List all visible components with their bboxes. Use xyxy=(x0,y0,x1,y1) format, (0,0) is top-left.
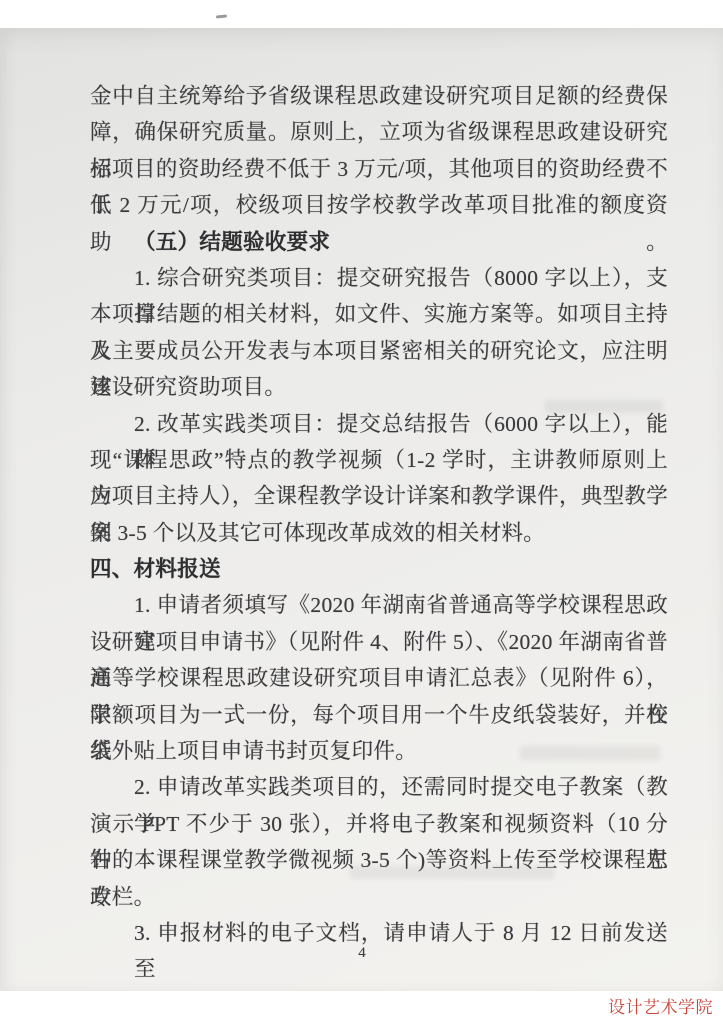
text-line: 2. 申请改革实践类项目的，还需同时提交电子教案（教学 xyxy=(90,769,668,805)
document-photo: 金中自主统筹给予省级课程思政建设研究项目足额的经费保障，确保研究质量。原则上，立… xyxy=(0,28,723,991)
bleed-through-smudge xyxy=(350,866,555,879)
text-line: 障，确保研究质量。原则上，立项为省级课程思政建设研究招 xyxy=(90,114,668,150)
text-line: 3. 申报材料的电子文档，请申请人于 8 月 12 日前发送至 xyxy=(90,915,668,951)
text-line: 标项目的资助经费不低于 3 万元/项，其他项目的资助经费不低 xyxy=(90,151,668,187)
stray-pen-mark xyxy=(216,14,227,18)
text-line: 金中自主统筹给予省级课程思政建设研究项目足额的经费保 xyxy=(90,78,668,114)
text-line: 1. 综合研究类项目：提交研究报告（8000 字以上），支撑 xyxy=(90,260,668,296)
text-line: 1. 申请者须填写《2020 年湖南省普通高等学校课程思政建 xyxy=(90,587,668,623)
scanned-page: 金中自主统筹给予省级课程思政建设研究项目足额的经费保障，确保研究质量。原则上，立… xyxy=(0,0,723,1024)
text-line: 本项目结题的相关材料，如文件、实施方案等。如项目主持人 xyxy=(90,296,668,332)
text-line: 为项目主持人），全课程教学设计详案和教学课件，典型教学案 xyxy=(90,478,668,514)
text-line: 于 2 万元/项，校级项目按学校教学改革项目批准的额度资助。 xyxy=(90,187,668,223)
heading-line: 四、材料报送 xyxy=(90,551,668,587)
text-line: 例 3-5 个以及其它可体现改革成效的相关材料。 xyxy=(90,515,668,551)
text-line: 演示 PPT 不少于 30 张），并将电子教案和视频资料（10 分钟左 xyxy=(90,806,668,842)
text-line: 专栏。 xyxy=(90,879,668,915)
footer-strip: 设计艺术学院 xyxy=(0,991,723,1024)
bleed-through-smudge xyxy=(545,400,663,413)
text-line: 及主要成员公开发表与本项目紧密相关的研究论文，应注明该 xyxy=(90,333,668,369)
bleed-through-smudge xyxy=(520,746,660,760)
text-line: 现“课程思政”特点的教学视频（1-2 学时，主讲教师原则上应 xyxy=(90,442,668,478)
text-line: 设研究项目申请书》（见附件 4、附件 5）、《2020 年湖南省普通 xyxy=(90,624,668,660)
text-line: 高等学校课程思政建设研究项目申请汇总表》（见附件 6），学校 xyxy=(90,660,668,696)
document-text-block: 金中自主统筹给予省级课程思政建设研究项目足额的经费保障，确保研究质量。原则上，立… xyxy=(90,78,668,951)
text-line: 限额项目为一式一份，每个项目用一个牛皮纸袋装好，并在纸 xyxy=(90,697,668,733)
watermark-label: 设计艺术学院 xyxy=(608,993,713,1018)
page-number: 4 xyxy=(352,945,372,962)
